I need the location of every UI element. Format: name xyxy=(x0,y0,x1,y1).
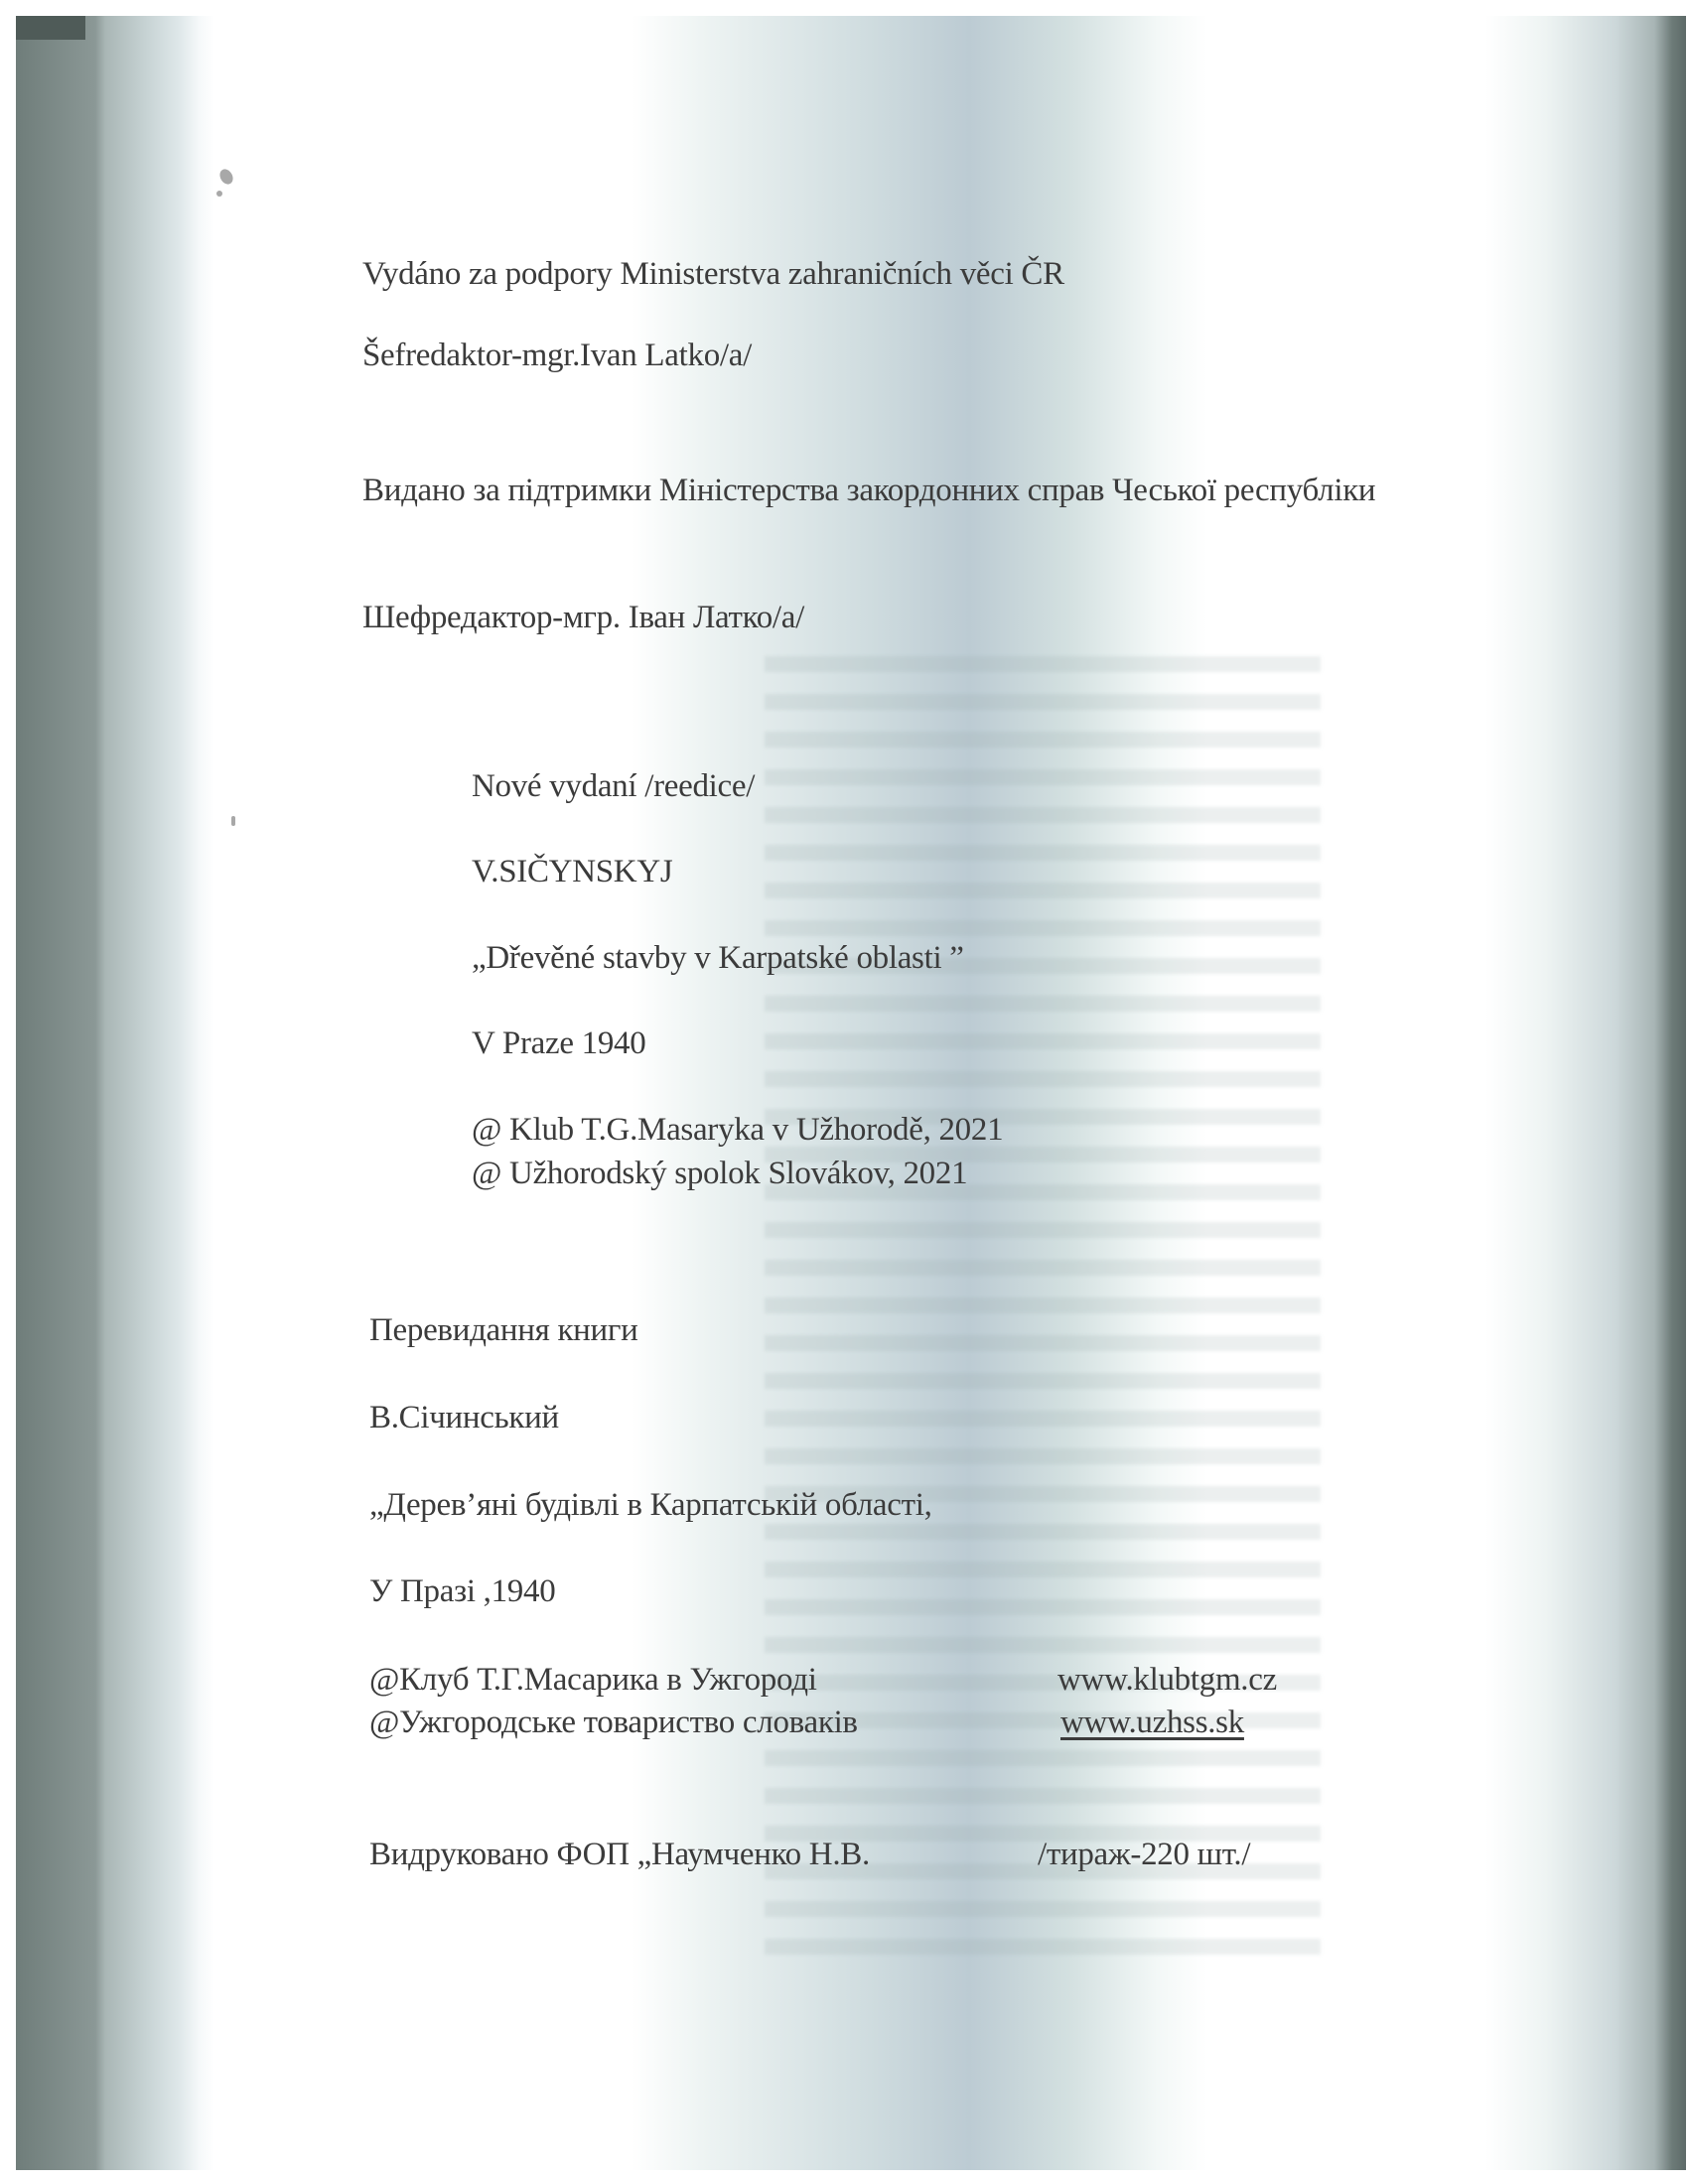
scan-speck xyxy=(216,191,222,197)
ukrainian-editor-line: Шефредактор-мгр. Іван Латко/а/ xyxy=(362,600,804,636)
czech-support-line: Vydáno za podpory Ministerstva zahraničn… xyxy=(362,256,1064,293)
czech-editor-line: Šefredaktor-mgr.Ivan Latko/a/ xyxy=(362,338,752,374)
ukrainian-edition-label: Перевидання книги xyxy=(369,1312,638,1349)
czech-edition-label: Nové vydaní /reedice/ xyxy=(472,768,755,805)
czech-author: V.SIČYNSKYJ xyxy=(472,854,672,890)
print-run: /тираж-220 шт./ xyxy=(1038,1837,1250,1873)
website-link-uzhss[interactable]: www.uzhss.sk xyxy=(1060,1705,1244,1741)
ukrainian-author: В.Січинський xyxy=(369,1400,559,1436)
scan-speck xyxy=(231,816,235,826)
czech-book-title: „Dřevěné stavby v Karpatské oblasti ” xyxy=(472,940,964,977)
czech-place-year: V Praze 1940 xyxy=(472,1025,645,1062)
czech-copyright-1: @ Klub T.G.Masaryka v Užhorodě, 2021 xyxy=(472,1112,1003,1149)
ukrainian-copyright-1: @Клуб Т.Г.Масарика в Ужгороді xyxy=(369,1662,817,1699)
ukrainian-book-title: „Дерев’яні будівлі в Карпатській області… xyxy=(369,1487,932,1524)
ukrainian-place-year: У Празі ,1940 xyxy=(369,1573,555,1610)
bleed-through-text xyxy=(765,635,1321,1966)
website-link-klubtgm[interactable]: www.klubtgm.cz xyxy=(1057,1662,1277,1699)
ukrainian-support-line: Видано за підтримки Міністерства закордо… xyxy=(362,473,1375,509)
page-edge-shadow xyxy=(16,16,85,40)
czech-copyright-2: @ Užhorodský spolok Slovákov, 2021 xyxy=(472,1156,967,1192)
ukrainian-copyright-2: @Ужгородське товариство словаків xyxy=(369,1705,858,1741)
printer-info: Видруковано ФОП „Наумченко Н.В. xyxy=(369,1837,870,1873)
